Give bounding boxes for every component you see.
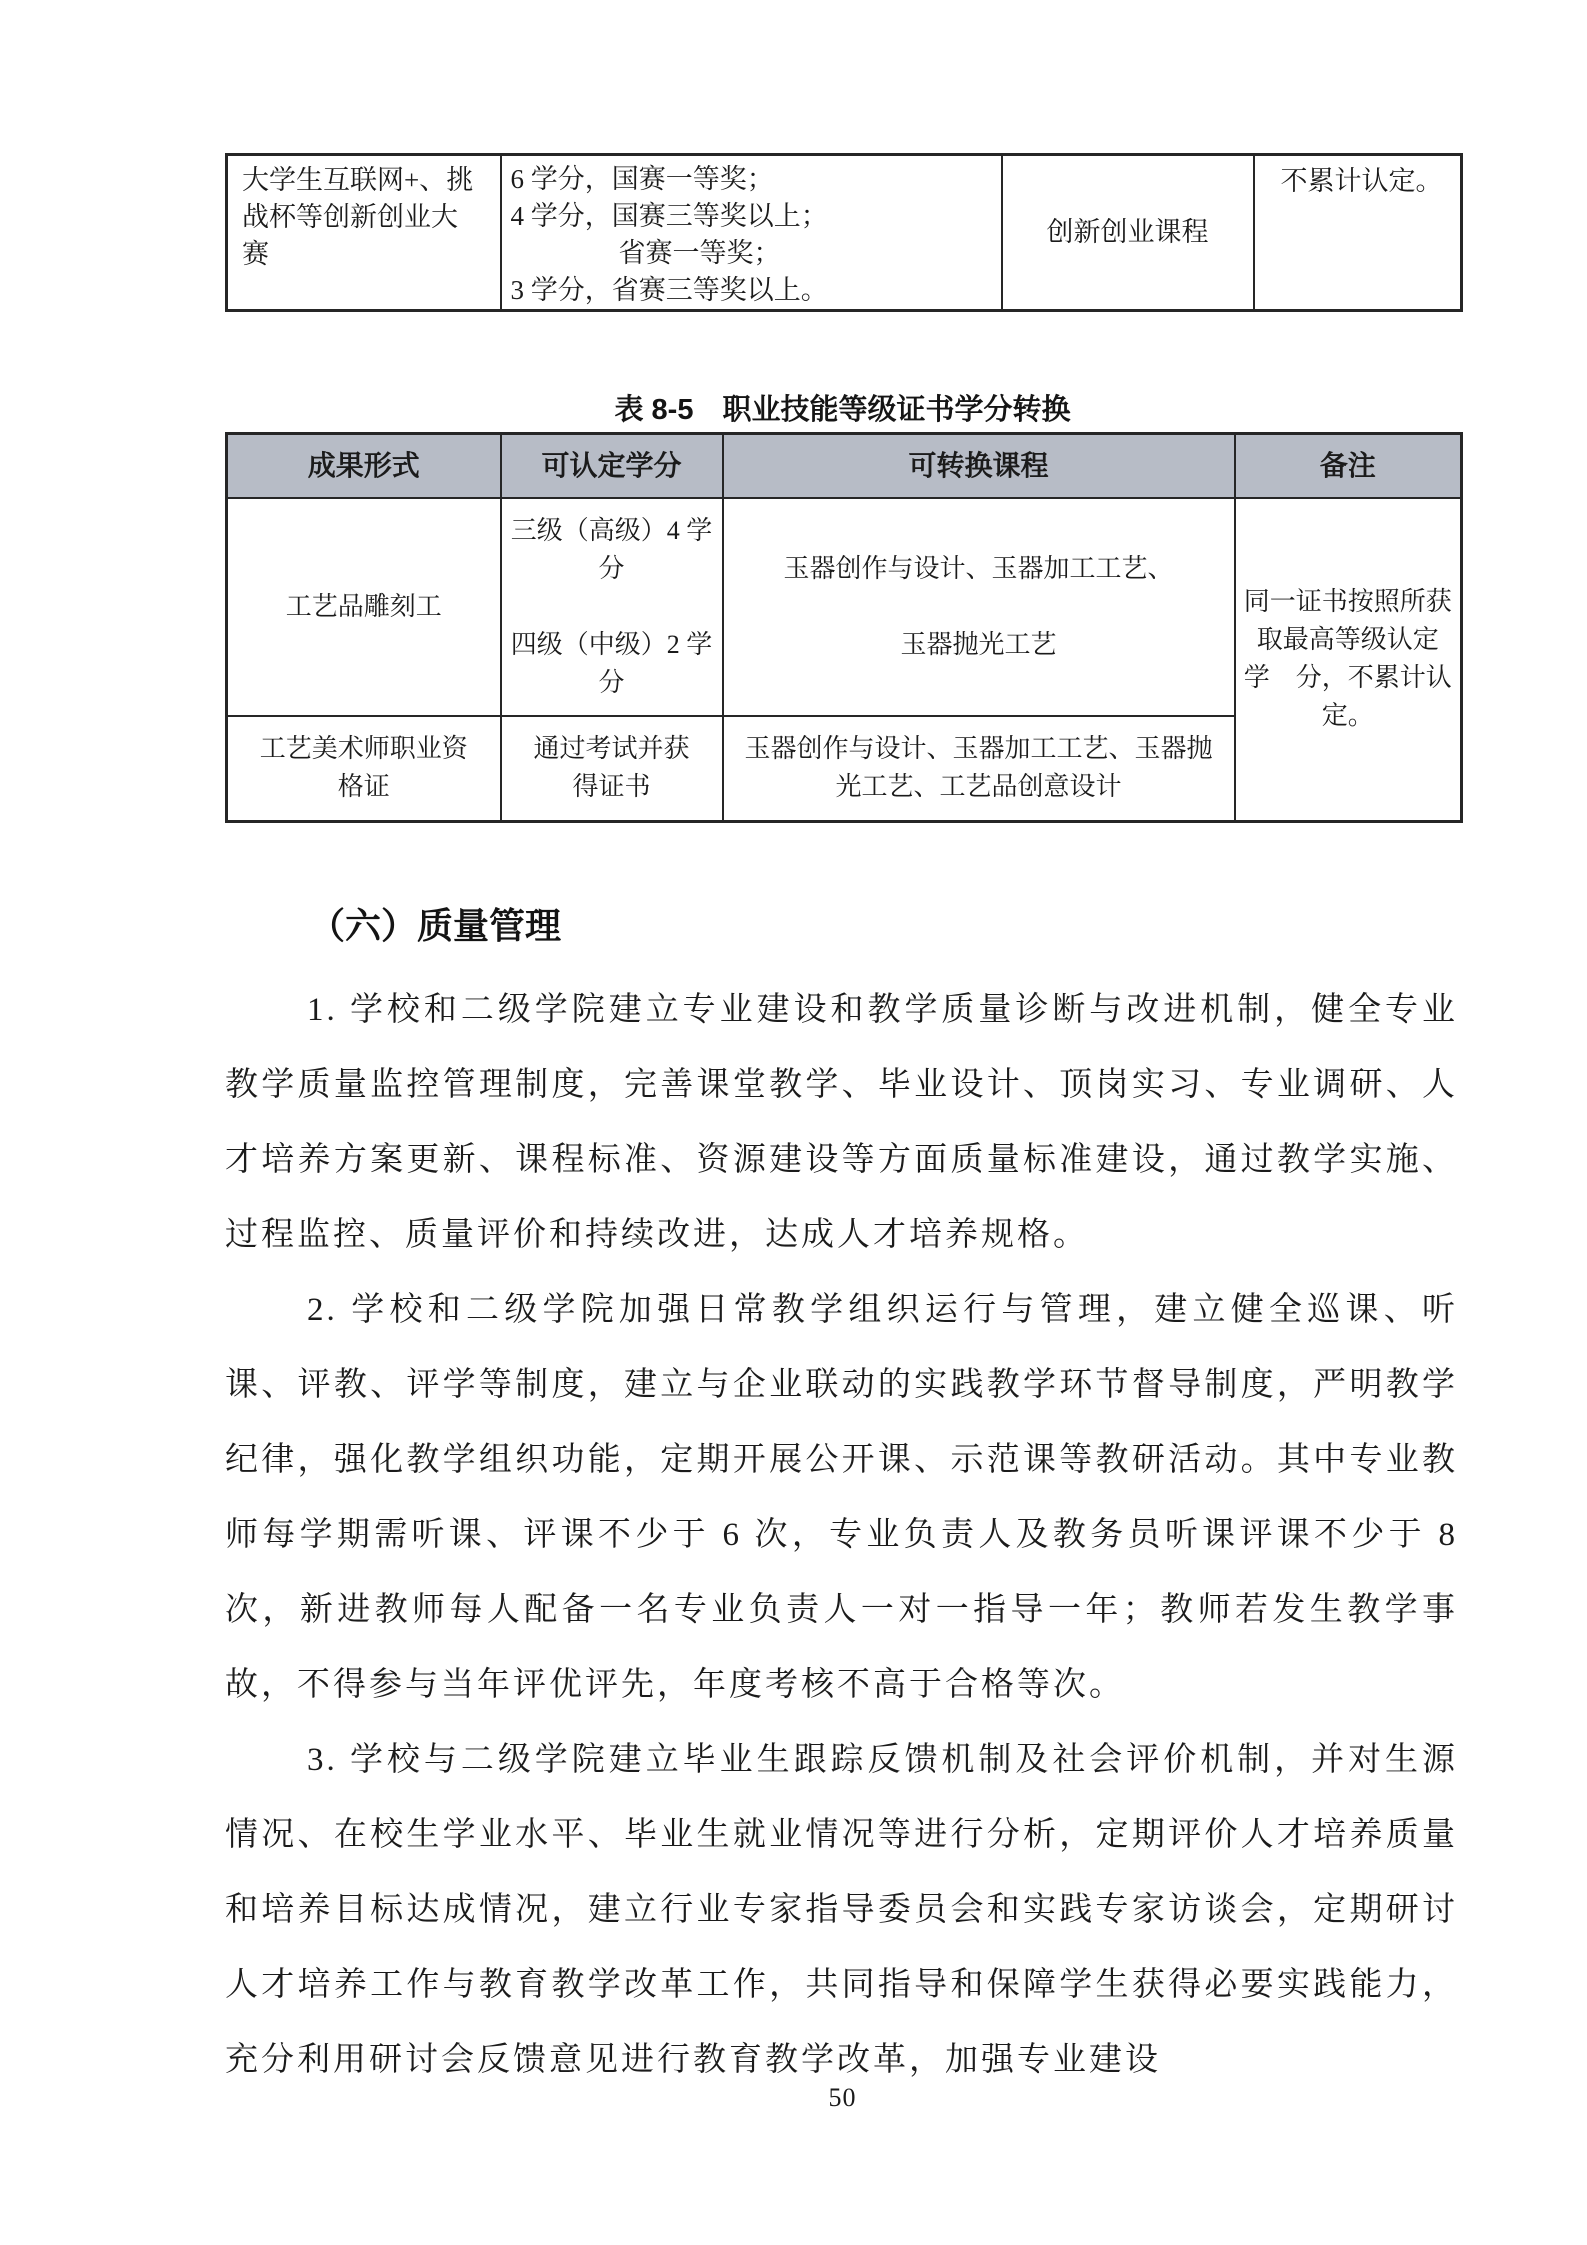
cell-convertible-course: 创新创业课程	[1002, 155, 1254, 311]
cell-recognized-credits: 通过考试并获 得证书	[501, 716, 723, 822]
cell-convertible-courses: 玉器创作与设计、玉器加工工艺、 玉器抛光工艺	[723, 498, 1235, 716]
cell-recognized-credits: 6 学分，国赛一等奖； 4 学分，国赛三等奖以上； 省赛一等奖； 3 学分，省赛…	[501, 155, 1002, 311]
document-page: 大学生互联网+、挑 战杯等创新创业大 赛 6 学分，国赛一等奖； 4 学分，国赛…	[0, 0, 1587, 2245]
page-number: 50	[225, 2080, 1460, 2116]
cell-achievement-form: 工艺美术师职业资 格证	[227, 716, 501, 822]
certificate-credit-conversion-table: 成果形式 可认定学分 可转换课程 备注 工艺品雕刻工 三级（高级）4 学 分 四…	[225, 432, 1463, 823]
header-convertible-courses: 可转换课程	[723, 434, 1235, 498]
cell-remark-merged: 同一证书按照所获 取最高等级认定 学 分，不累计认 定。	[1235, 498, 1462, 822]
table-header-row: 成果形式 可认定学分 可转换课程 备注	[227, 434, 1462, 498]
cell-convertible-courses: 玉器创作与设计、玉器加工工艺、玉器抛 光工艺、工艺品创意设计	[723, 716, 1235, 822]
paragraph-3: 3. 学校与二级学院建立毕业生跟踪反馈机制及社会评价机制，并对生源情况、在校生学…	[225, 1723, 1458, 2098]
table-row: 工艺品雕刻工 三级（高级）4 学 分 四级（中级）2 学 分 玉器创作与设计、玉…	[227, 498, 1462, 716]
header-achievement-form: 成果形式	[227, 434, 501, 498]
table-row: 大学生互联网+、挑 战杯等创新创业大 赛 6 学分，国赛一等奖； 4 学分，国赛…	[227, 155, 1462, 311]
innovation-competition-table: 大学生互联网+、挑 战杯等创新创业大 赛 6 学分，国赛一等奖； 4 学分，国赛…	[225, 153, 1463, 312]
section-quality-management: （六）质量管理 1. 学校和二级学院建立专业建设和教学质量诊断与改进机制，健全专…	[225, 903, 1458, 2098]
cell-achievement-form: 工艺品雕刻工	[227, 498, 501, 716]
header-remark: 备注	[1235, 434, 1462, 498]
table-caption: 表 8-5 职业技能等级证书学分转换	[225, 390, 1460, 430]
section-heading: （六）质量管理	[225, 903, 1458, 949]
cell-achievement-form: 大学生互联网+、挑 战杯等创新创业大 赛	[227, 155, 501, 311]
cell-remark: 不累计认定。	[1254, 155, 1462, 311]
paragraph-2: 2. 学校和二级学院加强日常教学组织运行与管理，建立健全巡课、听课、评教、评学等…	[225, 1273, 1458, 1723]
cell-recognized-credits: 三级（高级）4 学 分 四级（中级）2 学 分	[501, 498, 723, 716]
paragraph-1: 1. 学校和二级学院建立专业建设和教学质量诊断与改进机制，健全专业教学质量监控管…	[225, 973, 1458, 1273]
header-recognized-credits: 可认定学分	[501, 434, 723, 498]
